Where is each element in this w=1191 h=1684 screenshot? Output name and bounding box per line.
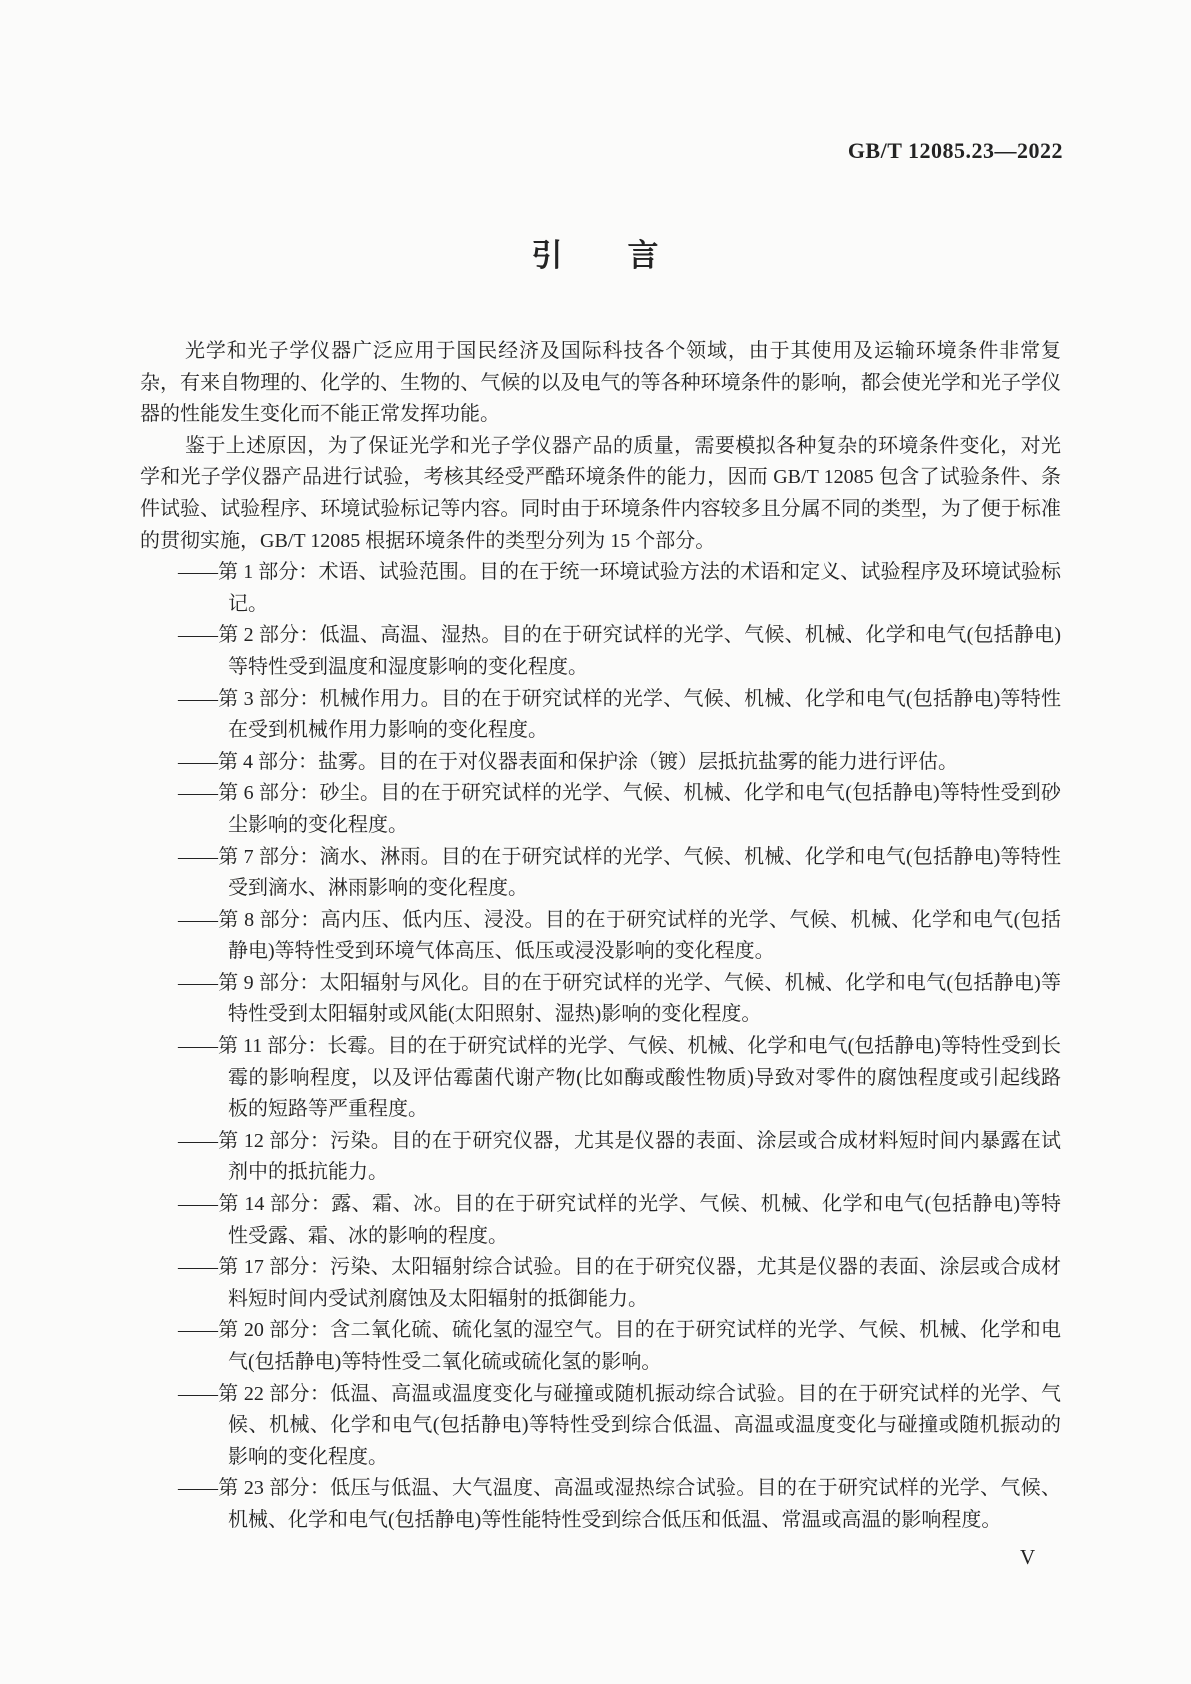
part-item-1: ——第 1 部分：术语、试验范围。目的在于统一环境试验方法的术语和定义、试验程序… (140, 557, 1061, 620)
part-item-6: ——第 6 部分：砂尘。目的在于研究试样的光学、气候、机械、化学和电气(包括静电… (140, 778, 1061, 841)
part-item-4: ——第 4 部分：盐雾。目的在于对仪器表面和保护涂（镀）层抵抗盐雾的能力进行评估… (140, 747, 1061, 779)
intro-body: 光学和光子学仪器广泛应用于国民经济及国际科技各个领域，由于其使用及运输环境条件非… (140, 336, 1061, 1537)
page-title: 引 言 (0, 230, 1191, 275)
part-item-3: ——第 3 部分：机械作用力。目的在于研究试样的光学、气候、机械、化学和电气(包… (140, 684, 1061, 747)
part-item-14: ——第 14 部分：露、霜、冰。目的在于研究试样的光学、气候、机械、化学和电气(… (140, 1189, 1061, 1252)
page-number: V (1020, 1545, 1035, 1570)
part-item-17: ——第 17 部分：污染、太阳辐射综合试验。目的在于研究仪器，尤其是仪器的表面、… (140, 1252, 1061, 1315)
part-item-9: ——第 9 部分：太阳辐射与风化。目的在于研究试样的光学、气候、机械、化学和电气… (140, 968, 1061, 1031)
standard-document-page: GB/T 12085.23—2022 引 言 光学和光子学仪器广泛应用于国民经济… (0, 0, 1191, 1684)
part-item-20: ——第 20 部分：含二氧化硫、硫化氢的湿空气。目的在于研究试样的光学、气候、机… (140, 1315, 1061, 1378)
part-item-7: ——第 7 部分：滴水、淋雨。目的在于研究试样的光学、气候、机械、化学和电气(包… (140, 842, 1061, 905)
part-item-22: ——第 22 部分：低温、高温或温度变化与碰撞或随机振动综合试验。目的在于研究试… (140, 1379, 1061, 1474)
intro-paragraph-2: 鉴于上述原因，为了保证光学和光子学仪器产品的质量，需要模拟各种复杂的环境条件变化… (140, 431, 1061, 557)
part-item-23: ——第 23 部分：低压与低温、大气温度、高温或湿热综合试验。目的在于研究试样的… (140, 1473, 1061, 1536)
part-item-12: ——第 12 部分：污染。目的在于研究仪器，尤其是仪器的表面、涂层或合成材料短时… (140, 1126, 1061, 1189)
part-item-11: ——第 11 部分：长霉。目的在于研究试样的光学、气候、机械、化学和电气(包括静… (140, 1031, 1061, 1126)
intro-paragraph-1: 光学和光子学仪器广泛应用于国民经济及国际科技各个领域，由于其使用及运输环境条件非… (140, 336, 1061, 431)
doc-code: GB/T 12085.23—2022 (848, 138, 1063, 164)
part-item-2: ——第 2 部分：低温、高温、湿热。目的在于研究试样的光学、气候、机械、化学和电… (140, 620, 1061, 683)
part-item-8: ——第 8 部分：高内压、低内压、浸没。目的在于研究试样的光学、气候、机械、化学… (140, 905, 1061, 968)
